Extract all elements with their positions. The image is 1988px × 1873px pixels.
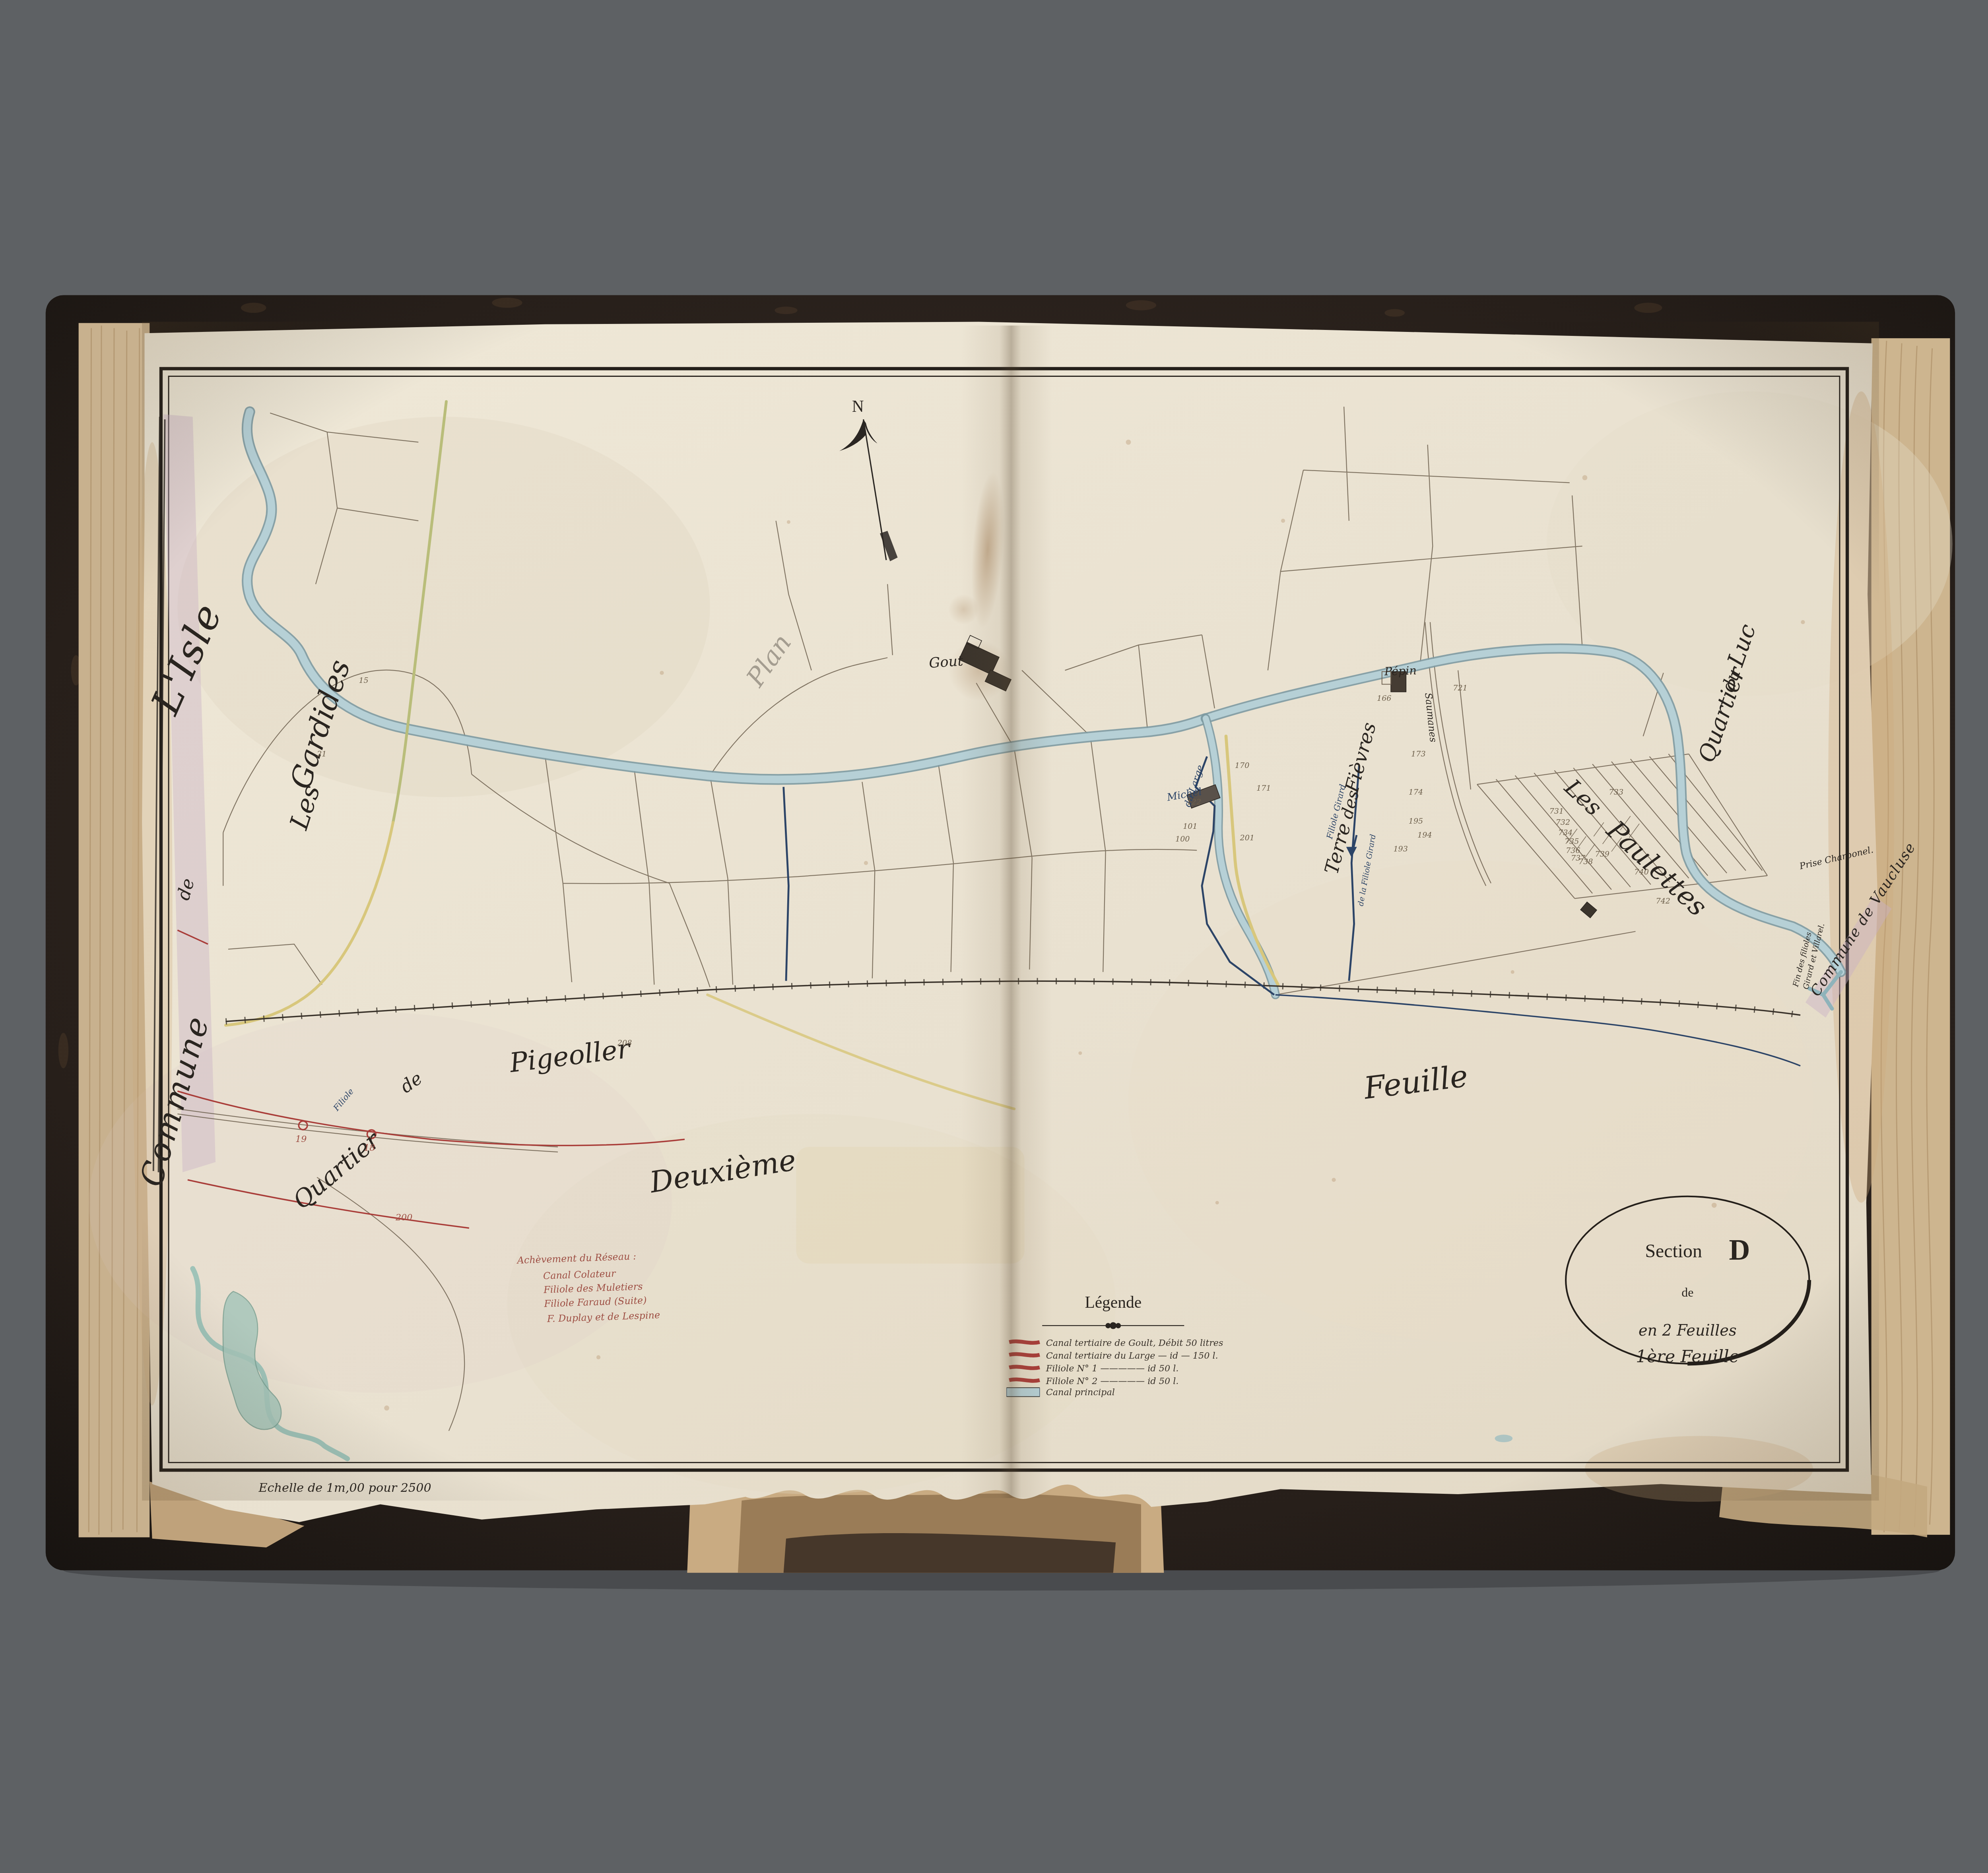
cadastral-map-photo: N Commune de L'Isle Les Gardides Plan Go…	[0, 0, 1988, 1873]
screenshot-root: N Commune de L'Isle Les Gardides Plan Go…	[0, 0, 1988, 1873]
paper-vignette	[142, 322, 1879, 1501]
